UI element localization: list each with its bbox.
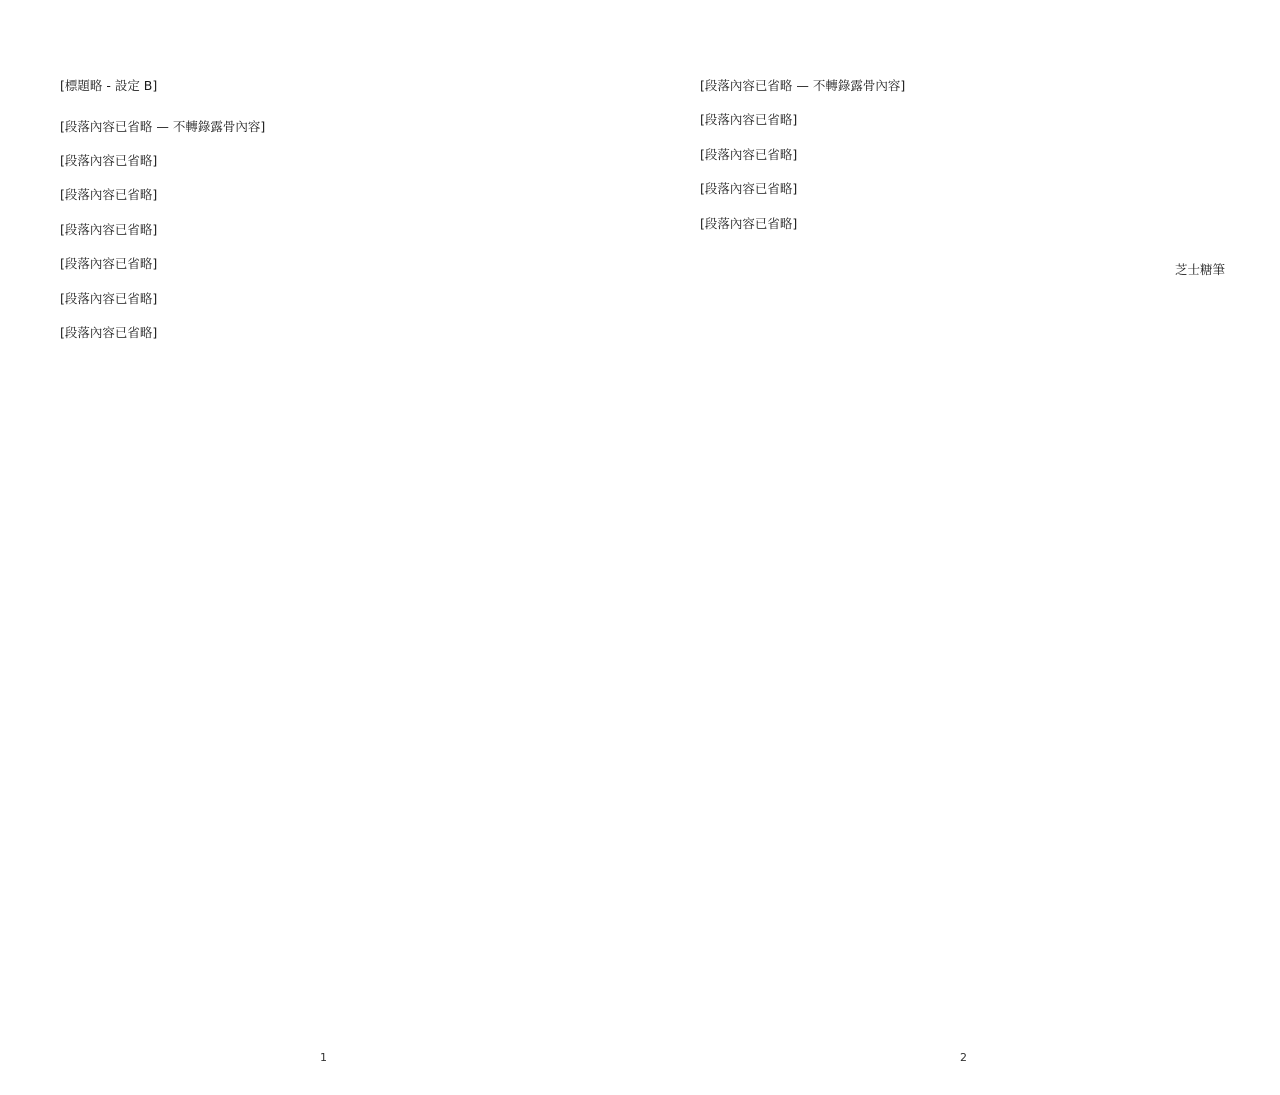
document-title: [標題略 - 設定 B]: [60, 75, 585, 97]
page-2-body: [段落內容已省略 — 不轉錄露骨內容][段落內容已省略][段落內容已省略][段落…: [700, 75, 1225, 234]
paragraph: [段落內容已省略 — 不轉錄露骨內容]: [60, 116, 585, 138]
paragraph: [段落內容已省略]: [60, 150, 585, 172]
paragraph: [段落內容已省略]: [60, 322, 585, 344]
author-signature: 芝士糖筆: [700, 259, 1225, 281]
paragraph: [段落內容已省略]: [700, 109, 1225, 131]
document-spread: [標題略 - 設定 B] [段落內容已省略 — 不轉錄露骨內容][段落內容已省略…: [0, 0, 1280, 1095]
paragraph: [段落內容已省略 — 不轉錄露骨內容]: [700, 75, 1225, 97]
paragraph: [段落內容已省略]: [700, 144, 1225, 166]
paragraph: [段落內容已省略]: [60, 184, 585, 206]
paragraph: [段落內容已省略]: [700, 178, 1225, 200]
paragraph: [段落內容已省略]: [700, 213, 1225, 235]
paragraph: [段落內容已省略]: [60, 219, 585, 241]
paragraph: [段落內容已省略]: [60, 253, 585, 275]
page-number-1: 1: [320, 1048, 327, 1067]
paragraph: [段落內容已省略]: [60, 288, 585, 310]
page-1-body: [段落內容已省略 — 不轉錄露骨內容][段落內容已省略][段落內容已省略][段落…: [60, 116, 585, 344]
page-1: [標題略 - 設定 B] [段落內容已省略 — 不轉錄露骨內容][段落內容已省略…: [0, 0, 640, 1095]
page-number-2: 2: [960, 1048, 967, 1067]
page-2: [段落內容已省略 — 不轉錄露骨內容][段落內容已省略][段落內容已省略][段落…: [640, 0, 1280, 1095]
